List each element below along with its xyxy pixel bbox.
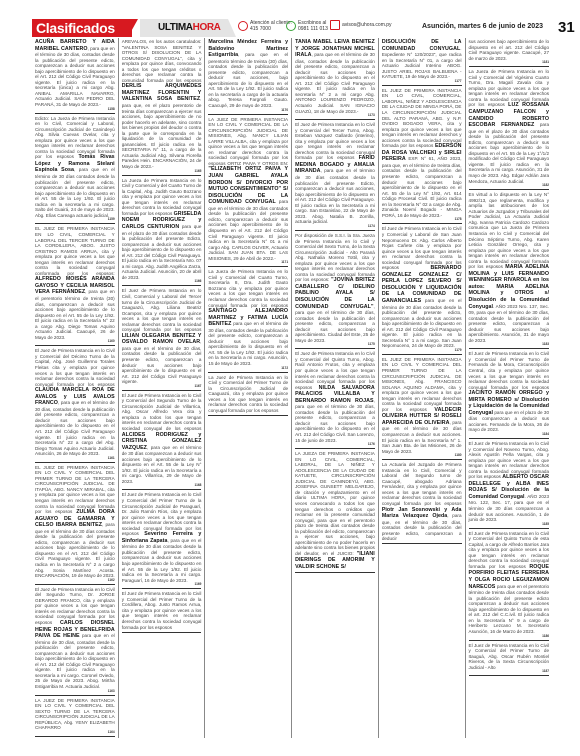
notice-text: , para que en el perentorio término de t… bbox=[35, 289, 115, 339]
legal-notice: El Juez de Primera Instancia en lo Civil… bbox=[295, 121, 375, 231]
legal-notice: El Juez de Primera Instancia en lo Civil… bbox=[295, 350, 375, 449]
notice-text: EL JUEZ DE PRIMERA INSTANCIA EN LO CIVIL… bbox=[35, 465, 115, 514]
notice-text: LA JUEZ DE PRIMERA INSTANCIA EN LO CIVIL… bbox=[208, 117, 288, 166]
legal-notice: La Jueza de Primera Instancia en lo Civi… bbox=[469, 68, 550, 190]
legal-notice: EL JUEZ DE PRIMERA INSTANCIA EN LO CIVIL… bbox=[382, 356, 462, 460]
notice-text: para que en el término de 30 días, conta… bbox=[35, 633, 115, 689]
notice-code: 1181 bbox=[469, 61, 550, 65]
notice-text: para que en el perentorio término de tre… bbox=[469, 584, 550, 634]
notice-text: La Juez de Primera Instancia en lo Civil… bbox=[208, 375, 288, 413]
notice-code: 1170 bbox=[208, 109, 288, 113]
legal-notice: Marcelina Méndez Ferreira y Baldovino Ma… bbox=[208, 38, 288, 115]
notice-text: LA JUEZ DE PRIMERA INSTANCIA EN LO CIVIL… bbox=[35, 698, 115, 731]
page-number: 31 bbox=[558, 19, 575, 36]
legal-notice: La Juez de Primera Instancia en lo Civil… bbox=[208, 374, 288, 416]
notice-code: 1161 bbox=[35, 457, 115, 461]
contact-whatsapp: Escribinos al0981 111 013 bbox=[286, 20, 328, 32]
legal-notice: El Juez de Primera Instancia en lo Civil… bbox=[35, 347, 115, 462]
legal-notice: En virtud a lo dispuesto en la Ley N° 49… bbox=[469, 191, 550, 349]
notice-text: EL JUEZ DE PRIMERA INSTANCIA EN LO CIVIL… bbox=[382, 88, 462, 148]
legal-notice: El Juez de Primera Instancia en lo Civil… bbox=[122, 590, 202, 632]
notice-code: 1179 bbox=[382, 349, 462, 353]
notice-text: El Juez de Primera Instancia en lo Civil… bbox=[469, 643, 550, 670]
notice-parties: DISOLUCIÓN DE LA COMUNIDAD CONYUGAL bbox=[382, 39, 462, 52]
legal-notice: El Juez de Primera Instancia en lo Civil… bbox=[122, 392, 202, 491]
notice-text: sus acciones bajo apercibimiento de lo d… bbox=[469, 39, 550, 61]
notice-text: Edicto: La Jueza de Primera Instancia en… bbox=[35, 116, 115, 160]
legal-notice: DISOLUCIÓN DE LA COMUNIDAD CONYUGAL. Exp… bbox=[382, 38, 462, 86]
notice-text: El Juez de Primera Instancia en lo Civil… bbox=[382, 226, 462, 270]
notice-text: , para que en el perentorio término de t… bbox=[208, 52, 288, 108]
notice-text: El Juez de Primera Instancia en lo Civil… bbox=[122, 393, 202, 431]
contact-phone: Atención al cliente:415 7000 bbox=[238, 20, 292, 32]
page-header: Clasificados ULTIMAHORA Atención al clie… bbox=[32, 19, 557, 37]
notice-text: La Actuaria del Juzgado de Primera Insta… bbox=[382, 462, 462, 506]
legal-notice: AREVALOS, en los autos caratulados: "VAL… bbox=[122, 38, 202, 176]
notice-code: 1167 bbox=[122, 385, 202, 389]
notice-code: 1187 bbox=[469, 670, 550, 674]
notice-text: Por disposición de S.S.I. la Sra. Jueza … bbox=[295, 233, 375, 282]
column-3: Marcelina Méndez Ferreira y Baldovino Ma… bbox=[205, 38, 292, 738]
notice-code: 1180 bbox=[382, 454, 462, 458]
legal-notice: LA JUEZA DE PRIMERA INSTANCIA EN LO CIVI… bbox=[295, 450, 375, 573]
notice-text: , para que en el término de 30 días cont… bbox=[35, 522, 115, 578]
notice-text: , para que en el término de 30 días, con… bbox=[295, 398, 375, 443]
legal-notice: La Jueza de Primera Instancia en lo Civi… bbox=[122, 177, 202, 287]
notice-code: 1166 bbox=[122, 280, 202, 284]
notice-text: , para que en el término de 30 días, con… bbox=[295, 52, 375, 113]
notice-code: 1182 bbox=[469, 184, 550, 188]
notice-text: para que en el plazo de 30 días contados… bbox=[469, 122, 550, 183]
notice-text: , para que, en el plazo perentorio de tr… bbox=[122, 96, 202, 169]
notice-code: 1174 bbox=[295, 225, 375, 229]
notice-text: EXP. N° 61, AÑO 2023, para que, en el té… bbox=[382, 156, 462, 217]
notice-text: para que en el término de 30 días, conta… bbox=[208, 321, 288, 366]
notice-code: 1172 bbox=[208, 367, 288, 371]
notice-code: 1184 bbox=[469, 433, 550, 437]
legal-notice: El Juez de Primera Instancia en lo Civil… bbox=[469, 350, 550, 439]
notice-text: LA JUEZA DE PRIMERA INSTANCIA EN LO CIVI… bbox=[295, 451, 375, 556]
notice-text: , para que en el término de 30 días cont… bbox=[35, 167, 115, 217]
column-2: AREVALOS, en los autos caratulados: "VAL… bbox=[119, 38, 206, 738]
notice-text: El Juez de Primera Instancia en lo Civil… bbox=[122, 288, 202, 332]
notice-code: 1173 bbox=[295, 114, 375, 118]
notice-text: , para que en el término de 30 días cont… bbox=[295, 168, 375, 224]
notice-code: 1168 bbox=[122, 484, 202, 488]
notice-code: 1159 bbox=[35, 218, 115, 222]
legal-notice: LA JUEZ DE PRIMERA INSTANCIA EN LO CIVIL… bbox=[35, 697, 115, 737]
notice-code: 1171 bbox=[208, 261, 288, 265]
notice-text: El Juez de Primera Instancia en lo Civil… bbox=[122, 492, 202, 536]
contact-value: 0981 111 013 bbox=[298, 26, 328, 32]
legal-notice: El Juez de Primera Instancia en lo Civil… bbox=[382, 225, 462, 354]
legal-notice: TANIA MABEL LEIVA BENITEZ Y JORGE JONATH… bbox=[295, 38, 375, 120]
classifieds-columns: ACUÑA BARRETO Y AIDA MARIBEL CANTERO, pa… bbox=[32, 38, 552, 738]
contact-email: avisos@uhora.com.py bbox=[330, 20, 392, 30]
logo-part1: ULTIMA bbox=[158, 22, 193, 33]
column-6: sus acciones bajo apercibimiento de lo d… bbox=[466, 38, 553, 738]
issue-date: Asunción, martes 6 de junio de 2023 bbox=[422, 23, 543, 30]
notice-text: para que en el término de 30 días contad… bbox=[382, 298, 462, 348]
notice-code: 1162 bbox=[35, 579, 115, 583]
notice-text: EL JUEZ DE PRIMERA INSTANCIA EN LO CIVIL… bbox=[382, 357, 462, 412]
section-title: Clasificados bbox=[32, 19, 132, 37]
notice-code: 1160 bbox=[35, 340, 115, 344]
legal-notice: Edicto: La Jueza de Primera Instancia en… bbox=[35, 115, 115, 225]
whatsapp-icon bbox=[286, 21, 296, 31]
logo-part2: HORA bbox=[193, 22, 221, 33]
notice-text: , para que en el término de 30 días comp… bbox=[122, 445, 202, 484]
legal-notice: El Juez de Primera Instancia en lo Civil… bbox=[469, 642, 550, 677]
notice-text: EL JUEZ DE PRIMERA INSTANCIA EN LO CIVIL… bbox=[35, 226, 115, 275]
legal-notice: La Actuaria del Juzgado de Primera Insta… bbox=[382, 461, 462, 544]
notice-code: 1176 bbox=[295, 443, 375, 447]
phone-icon bbox=[238, 21, 248, 31]
legal-notice: EL JUEZ DE PRIMERA INSTANCIA EN LO CIVIL… bbox=[35, 464, 115, 585]
notice-code: 1183 bbox=[469, 343, 550, 347]
legal-notice: El Juez de Primera Instancia en lo Civil… bbox=[35, 586, 115, 696]
contact-value: 415 7000 bbox=[250, 26, 271, 32]
notice-text: para que en el plazo de 30 días contados… bbox=[122, 224, 202, 280]
notice-text: , para que en el término de 30 días, con… bbox=[295, 304, 375, 343]
legal-notice: sus acciones bajo apercibimiento de lo d… bbox=[469, 38, 550, 67]
notice-text: , para que en el término de 30 días, con… bbox=[35, 400, 115, 456]
notice-text: El Juez de Primera Instancia en lo Civil… bbox=[122, 591, 202, 629]
contact-value: avisos@uhora.com.py bbox=[342, 22, 392, 28]
section-title-slant bbox=[128, 19, 138, 37]
legal-notice: LA JUEZ DE PRIMERA INSTANCIA EN LO CIVIL… bbox=[208, 116, 288, 268]
logo-slant bbox=[228, 19, 236, 37]
newspaper-logo: ULTIMAHORA bbox=[140, 19, 228, 37]
column-5: DISOLUCIÓN DE LA COMUNIDAD CONYUGAL. Exp… bbox=[379, 38, 466, 738]
notice-code: 1186 bbox=[469, 635, 550, 639]
email-icon bbox=[330, 20, 340, 30]
notice-text: En virtud a lo dispuesto en la Ley N° 49… bbox=[469, 192, 550, 269]
column-4: TANIA MABEL LEIVA BENITEZ Y JORGE JONATH… bbox=[292, 38, 379, 738]
notice-code: 1178 bbox=[382, 218, 462, 222]
notice-text: AREVALOS, en los autos caratulados: "VAL… bbox=[122, 39, 202, 83]
legal-notice: La Jueza de Primera Instancia en lo Civi… bbox=[208, 268, 288, 372]
notice-code: 1165 bbox=[122, 170, 202, 174]
notice-text: para que en el término de 30 días contad… bbox=[208, 199, 288, 260]
notice-text: . AÑO 2023 Nro. 137, Sec. 09, para que e… bbox=[469, 304, 550, 343]
notice-text: , para que en el término de 30 días, con… bbox=[35, 46, 115, 107]
legal-notice: El Juez de Primera Instancia en lo Civil… bbox=[122, 287, 202, 390]
notice-parties: DERLIS ARQUIMEDES MARTINEZ FLORENTIN Y V… bbox=[122, 83, 202, 102]
legal-notice: El Juez de Primera Instancia en lo Civil… bbox=[469, 530, 550, 641]
notice-code: 1175 bbox=[295, 343, 375, 347]
legal-notice: Por disposición de S.S.I. la Sra. Jueza … bbox=[295, 232, 375, 349]
legal-notice: El Juez de Primera Instancia en lo Civil… bbox=[122, 491, 202, 589]
legal-notice: ACUÑA BARRETO Y AIDA MARIBEL CANTERO, pa… bbox=[35, 38, 115, 114]
notice-text: El Juez de Primera Instancia en lo Civil… bbox=[469, 351, 550, 389]
notice-code: 1185 bbox=[469, 523, 550, 527]
notice-text: La Jueza de Primera Instancia en lo Civi… bbox=[208, 269, 288, 307]
notice-parties: LILIAN OLEGARIA BENITEZ Y OSVALDO RAMON … bbox=[122, 333, 202, 346]
notice-code: 1169 bbox=[122, 583, 202, 587]
notice-text: El Juez de Primera Instancia en lo Civil… bbox=[35, 348, 115, 386]
notice-code: 1164 bbox=[35, 731, 115, 735]
column-1: ACUÑA BARRETO Y AIDA MARIBEL CANTERO, pa… bbox=[32, 38, 119, 738]
legal-notice: EL JUEZ DE PRIMERA INSTANCIA EN LO CIVIL… bbox=[35, 225, 115, 346]
legal-notice: EL JUEZ DE PRIMERA INSTANCIA EN LO CIVIL… bbox=[382, 87, 462, 225]
notice-code: 1158 bbox=[35, 108, 115, 112]
notice-text: , para que en el término de 30 días cont… bbox=[122, 538, 202, 583]
notice-text: , para que en el término de 30 días, con… bbox=[122, 339, 202, 384]
notice-code: 1163 bbox=[35, 690, 115, 694]
notice-code: 1177 bbox=[382, 80, 462, 84]
legal-notice: El Juez de Primera Instancia en lo Civil… bbox=[469, 440, 550, 529]
